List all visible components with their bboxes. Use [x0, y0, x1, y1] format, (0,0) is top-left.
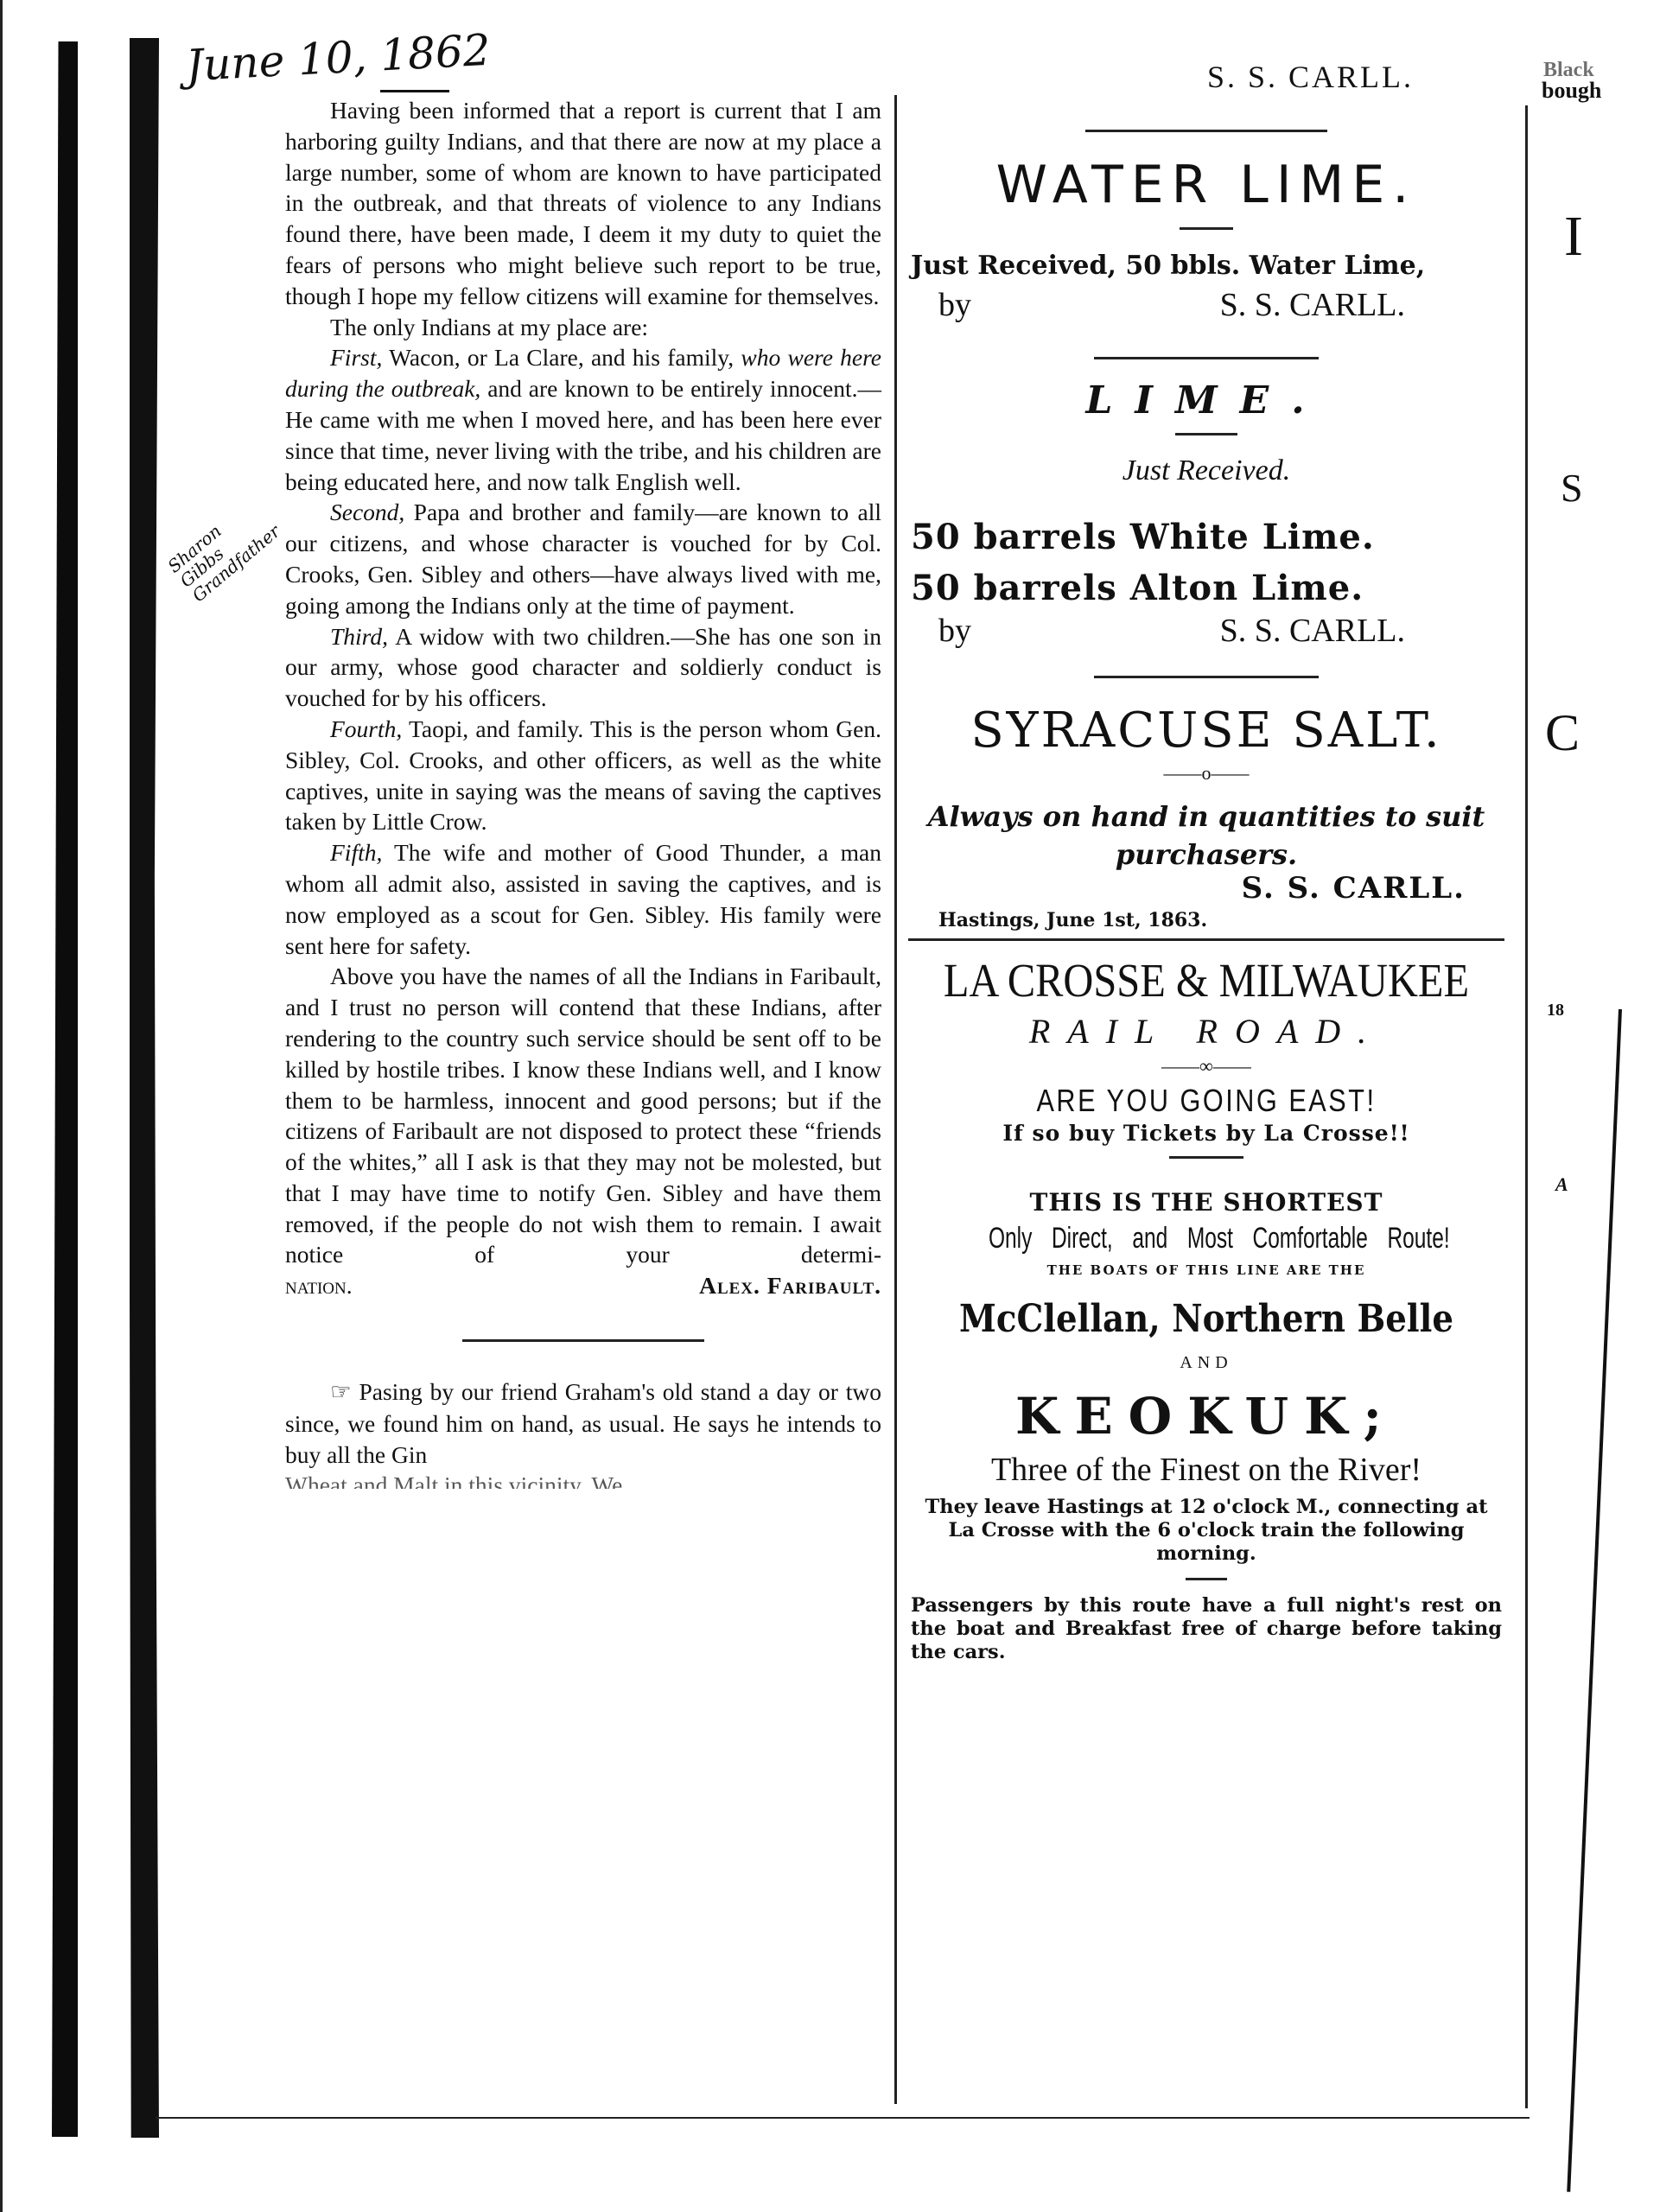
- ad-text: Passengers by this route have a full nig…: [904, 1594, 1509, 1664]
- ad-line: Only Direct, and Most Comfortable Route!: [989, 1222, 1424, 1255]
- ad-byline: by S. S. CARLL.: [904, 612, 1509, 650]
- ad-dateline: Hastings, June 1st, 1863.: [904, 909, 1509, 931]
- prev-ad-signature: S. S. CARLL.: [904, 59, 1509, 95]
- by-label: by: [938, 286, 971, 324]
- item-label: Fifth,: [330, 839, 382, 866]
- ad-divider: [1180, 227, 1233, 230]
- ad-divider: [1169, 1156, 1243, 1159]
- ad-headline: ARE YOU GOING EAST!: [950, 1083, 1464, 1119]
- handwritten-date: June 10, 1862: [185, 25, 492, 91]
- letter-item-fifth: Fifth, The wife and mother of Good Thund…: [285, 837, 881, 961]
- letter-item-fourth: Fourth, Taopi, and family. This is the p…: [285, 714, 881, 837]
- lime-ad: LIME. Just Received. 50 barrels White Li…: [904, 378, 1509, 650]
- pointing-hand-icon: ☞: [330, 1378, 352, 1406]
- seller-name: S. S. CARLL.: [904, 871, 1509, 906]
- ad-subtitle: RAIL ROAD.: [904, 1011, 1509, 1052]
- fragment: S: [1561, 465, 1583, 511]
- signature: Alex. Faribault.: [699, 1270, 881, 1301]
- ad-line: THE BOATS OF THIS LINE ARE THE: [904, 1262, 1509, 1278]
- letter-item-third: Third, A widow with two children.—She ha…: [285, 621, 881, 714]
- fragment: 18: [1547, 1001, 1564, 1020]
- ad-line: Three of the Finest on the River!: [904, 1451, 1509, 1489]
- fragment: A: [1555, 1173, 1568, 1196]
- seller-name: S. S. CARLL.: [1220, 612, 1405, 650]
- handwritten-underline: [380, 90, 449, 92]
- railroad-ad: LA CROSSE & MILWAUKEE RAIL ROAD. ——∞—— A…: [904, 953, 1509, 1664]
- boat-names: McClellan, Northern Belle: [940, 1297, 1472, 1341]
- letter-signature-line: nation. Alex. Faribault.: [285, 1270, 881, 1301]
- ad-divider: [908, 938, 1504, 941]
- handwritten-margin-note: Sharon Gibbs Grandfather: [164, 493, 283, 606]
- notice-cut-line: Wheat and Malt in this vicinity. We: [285, 1470, 881, 1489]
- scan-border-bar: [52, 41, 78, 2137]
- ad-line: Just Received, 50 bbls. Water Lime,: [904, 251, 1509, 281]
- advertisements-column: S. S. CARLL. WATER LIME. Just Received, …: [904, 52, 1509, 1664]
- ad-line: If so buy Tickets by La Crosse!!: [904, 1121, 1509, 1146]
- item-label: Third,: [330, 623, 388, 650]
- page-bottom-rule: [156, 2117, 1530, 2119]
- item-label: Second,: [330, 499, 404, 525]
- fragment: C: [1545, 703, 1580, 763]
- ad-line: THIS IS THE SHORTEST: [904, 1188, 1509, 1217]
- ad-line: Always on hand in quantities to suit: [904, 800, 1509, 833]
- item-label: First,: [330, 344, 382, 371]
- ad-title: LA CROSSE & MILWAUKEE: [940, 953, 1472, 1007]
- scanned-newspaper-page: June 10, 1862 Sharon Gibbs Grandfather H…: [0, 0, 1679, 2212]
- fold-line: [1567, 1009, 1622, 2192]
- ad-divider: [1094, 357, 1319, 359]
- ad-title: SYRACUSE SALT.: [904, 702, 1509, 759]
- boat-name: KEOKUK;: [904, 1387, 1509, 1446]
- scan-edge: [0, 0, 3, 2212]
- ad-line: purchasers.: [904, 838, 1509, 871]
- column-rule: [1525, 105, 1528, 2108]
- item-label: Fourth,: [330, 715, 402, 742]
- ad-item: 50 barrels Alton Lime.: [904, 568, 1509, 608]
- ad-divider: [1094, 676, 1319, 678]
- letter-item-first: First, Wacon, or La Clare, and his famil…: [285, 342, 881, 497]
- scan-border-bar-torn: [130, 38, 159, 2138]
- notice-text: Pasing by our friend Graham's old stand …: [285, 1378, 881, 1468]
- letter-article: Having been informed that a report is cu…: [285, 95, 881, 1489]
- graham-notice: ☞ Pasing by our friend Graham's old stan…: [285, 1376, 881, 1470]
- section-divider: [462, 1339, 704, 1342]
- item-text: Wacon, or La Clare, and his family,: [382, 344, 741, 371]
- closing-word: nation.: [285, 1270, 353, 1301]
- water-lime-ad: WATER LIME. Just Received, 50 bbls. Wate…: [904, 155, 1509, 324]
- ad-ornament: ——o——: [904, 762, 1509, 785]
- fragment: I: [1564, 204, 1583, 270]
- seller-name: S. S. CARLL.: [1220, 286, 1405, 324]
- ad-line: AND: [904, 1353, 1509, 1373]
- ad-byline: by S. S. CARLL.: [904, 286, 1509, 324]
- letter-item-second: Second, Papa and brother and family—are …: [285, 497, 881, 620]
- column-rule: [894, 95, 897, 2104]
- ad-title: LIME.: [904, 378, 1509, 423]
- ad-divider: [1186, 1578, 1227, 1580]
- ad-ornament: ——∞——: [904, 1055, 1509, 1077]
- letter-closing: Above you have the names of all the Indi…: [285, 961, 881, 1270]
- ad-divider: [1085, 130, 1327, 132]
- ad-divider: [1175, 433, 1237, 435]
- ad-title: WATER LIME.: [904, 155, 1509, 215]
- syracuse-salt-ad: SYRACUSE SALT. ——o—— Always on hand in q…: [904, 702, 1509, 931]
- ad-subtitle: Just Received.: [904, 454, 1509, 487]
- fragment: bough: [1542, 78, 1601, 104]
- letter-paragraph: Having been informed that a report is cu…: [285, 95, 881, 312]
- ad-item: 50 barrels White Lime.: [904, 517, 1509, 557]
- ad-schedule: They leave Hastings at 12 o'clock M., co…: [904, 1496, 1509, 1566]
- by-label: by: [938, 612, 971, 650]
- letter-paragraph: The only Indians at my place are:: [285, 312, 881, 343]
